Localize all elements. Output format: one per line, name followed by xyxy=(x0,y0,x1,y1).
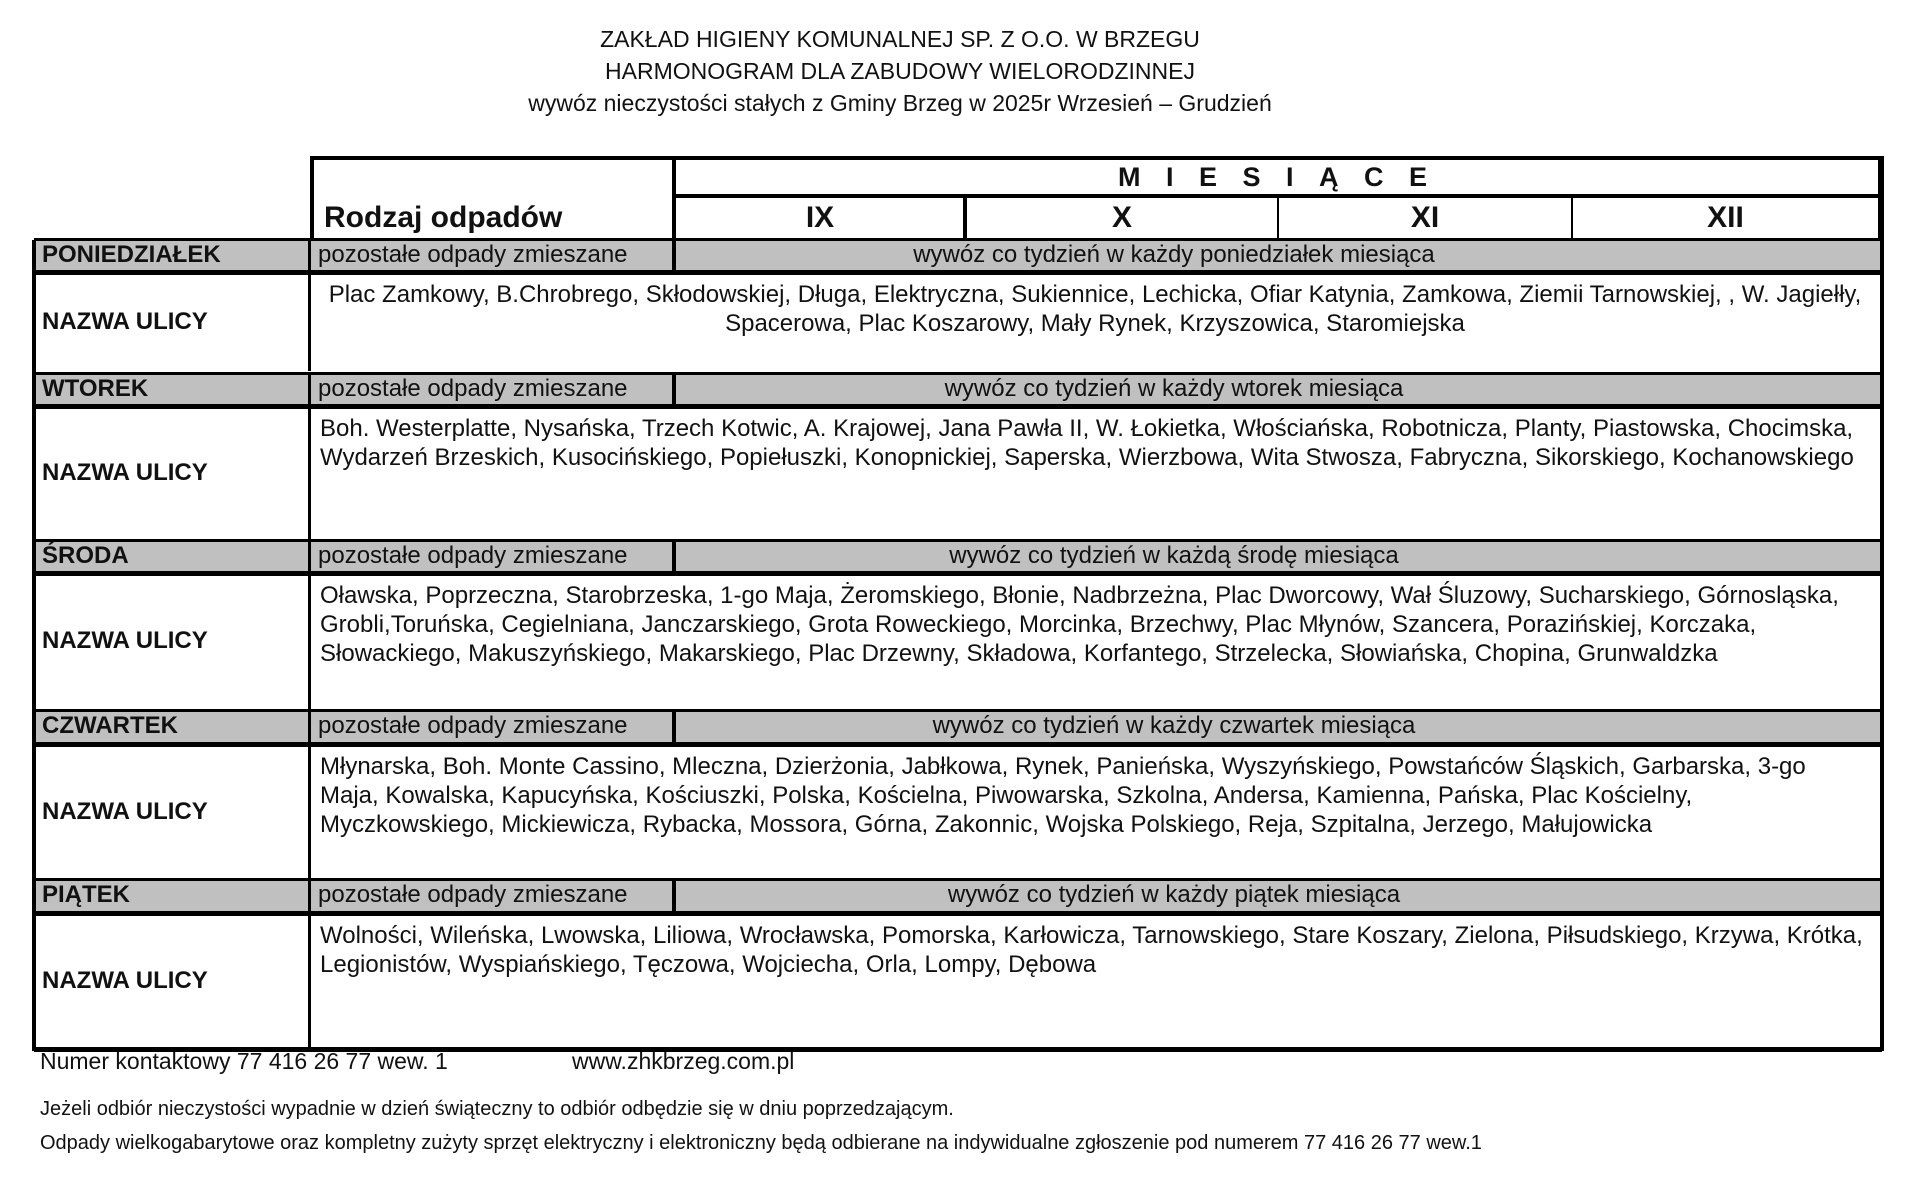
waste-type-tuesday: pozostałe odpady zmieszane xyxy=(312,374,628,406)
streets-monday: Plac Zamkowy, B.Chrobrego, Skłodowskiej,… xyxy=(314,274,1878,369)
street-label-tuesday: NAZWA ULICY xyxy=(36,406,312,539)
streets-friday: Wolności, Wileńska, Lwowska, Liliowa, Wr… xyxy=(314,915,1878,1047)
streets-thursday: Młynarska, Boh. Monte Cassino, Mleczna, … xyxy=(314,746,1878,877)
frequency-monday: wywóz co tydzień w każdy poniedziałek mi… xyxy=(674,240,1674,272)
street-label-thursday: NAZWA ULICY xyxy=(36,744,312,879)
waste-type-thursday: pozostałe odpady zmieszane xyxy=(312,711,628,744)
day-label-tuesday: WTOREK xyxy=(36,374,148,406)
street-label-monday: NAZWA ULICY xyxy=(36,272,312,371)
month-x: X xyxy=(967,198,1277,238)
schedule-subtitle: wywóz nieczystości stałych z Gminy Brzeg… xyxy=(0,88,1800,118)
months-header: M I E S I Ą C E xyxy=(676,160,1878,194)
holiday-note: Jeżeli odbiór nieczystości wypadnie w dz… xyxy=(40,1098,954,1121)
frequency-wednesday: wywóz co tydzień w każdą środę miesiąca xyxy=(674,541,1674,573)
day-label-monday: PONIEDZIAŁEK xyxy=(36,240,221,272)
month-xi: XI xyxy=(1279,198,1571,238)
month-xii: XII xyxy=(1573,198,1878,238)
day-label-friday: PIĄTEK xyxy=(36,880,130,913)
frequency-thursday: wywóz co tydzień w każdy czwartek miesią… xyxy=(674,711,1674,744)
frequency-friday: wywóz co tydzień w każdy piątek miesiąca xyxy=(674,880,1674,913)
waste-type-header: Rodzaj odpadów xyxy=(324,198,562,238)
company-name: ZAKŁAD HIGIENY KOMUNALNEJ SP. Z O.O. W B… xyxy=(0,24,1800,54)
day-label-thursday: CZWARTEK xyxy=(36,711,178,744)
waste-type-wednesday: pozostałe odpady zmieszane xyxy=(312,541,628,573)
waste-type-monday: pozostałe odpady zmieszane xyxy=(312,240,628,272)
street-label-wednesday: NAZWA ULICY xyxy=(36,573,312,709)
streets-wednesday: Oławska, Poprzeczna, Starobrzeska, 1-go … xyxy=(314,575,1878,707)
day-label-wednesday: ŚRODA xyxy=(36,541,129,573)
street-label-friday: NAZWA ULICY xyxy=(36,913,312,1049)
streets-tuesday: Boh. Westerplatte, Nysańska, Trzech Kotw… xyxy=(314,408,1878,537)
bulky-waste-note: Odpady wielkogabarytowe oraz kompletny z… xyxy=(40,1132,1482,1155)
month-ix: IX xyxy=(676,198,964,238)
schedule-title: HARMONOGRAM DLA ZABUDOWY WIELORODZINNEJ xyxy=(0,56,1800,86)
contact-number: Numer kontaktowy 77 416 26 77 wew. 1 xyxy=(40,1048,448,1075)
waste-type-friday: pozostałe odpady zmieszane xyxy=(312,880,628,913)
website-link[interactable]: www.zhkbrzeg.com.pl xyxy=(572,1048,794,1075)
frequency-tuesday: wywóz co tydzień w każdy wtorek miesiąca xyxy=(674,374,1674,406)
